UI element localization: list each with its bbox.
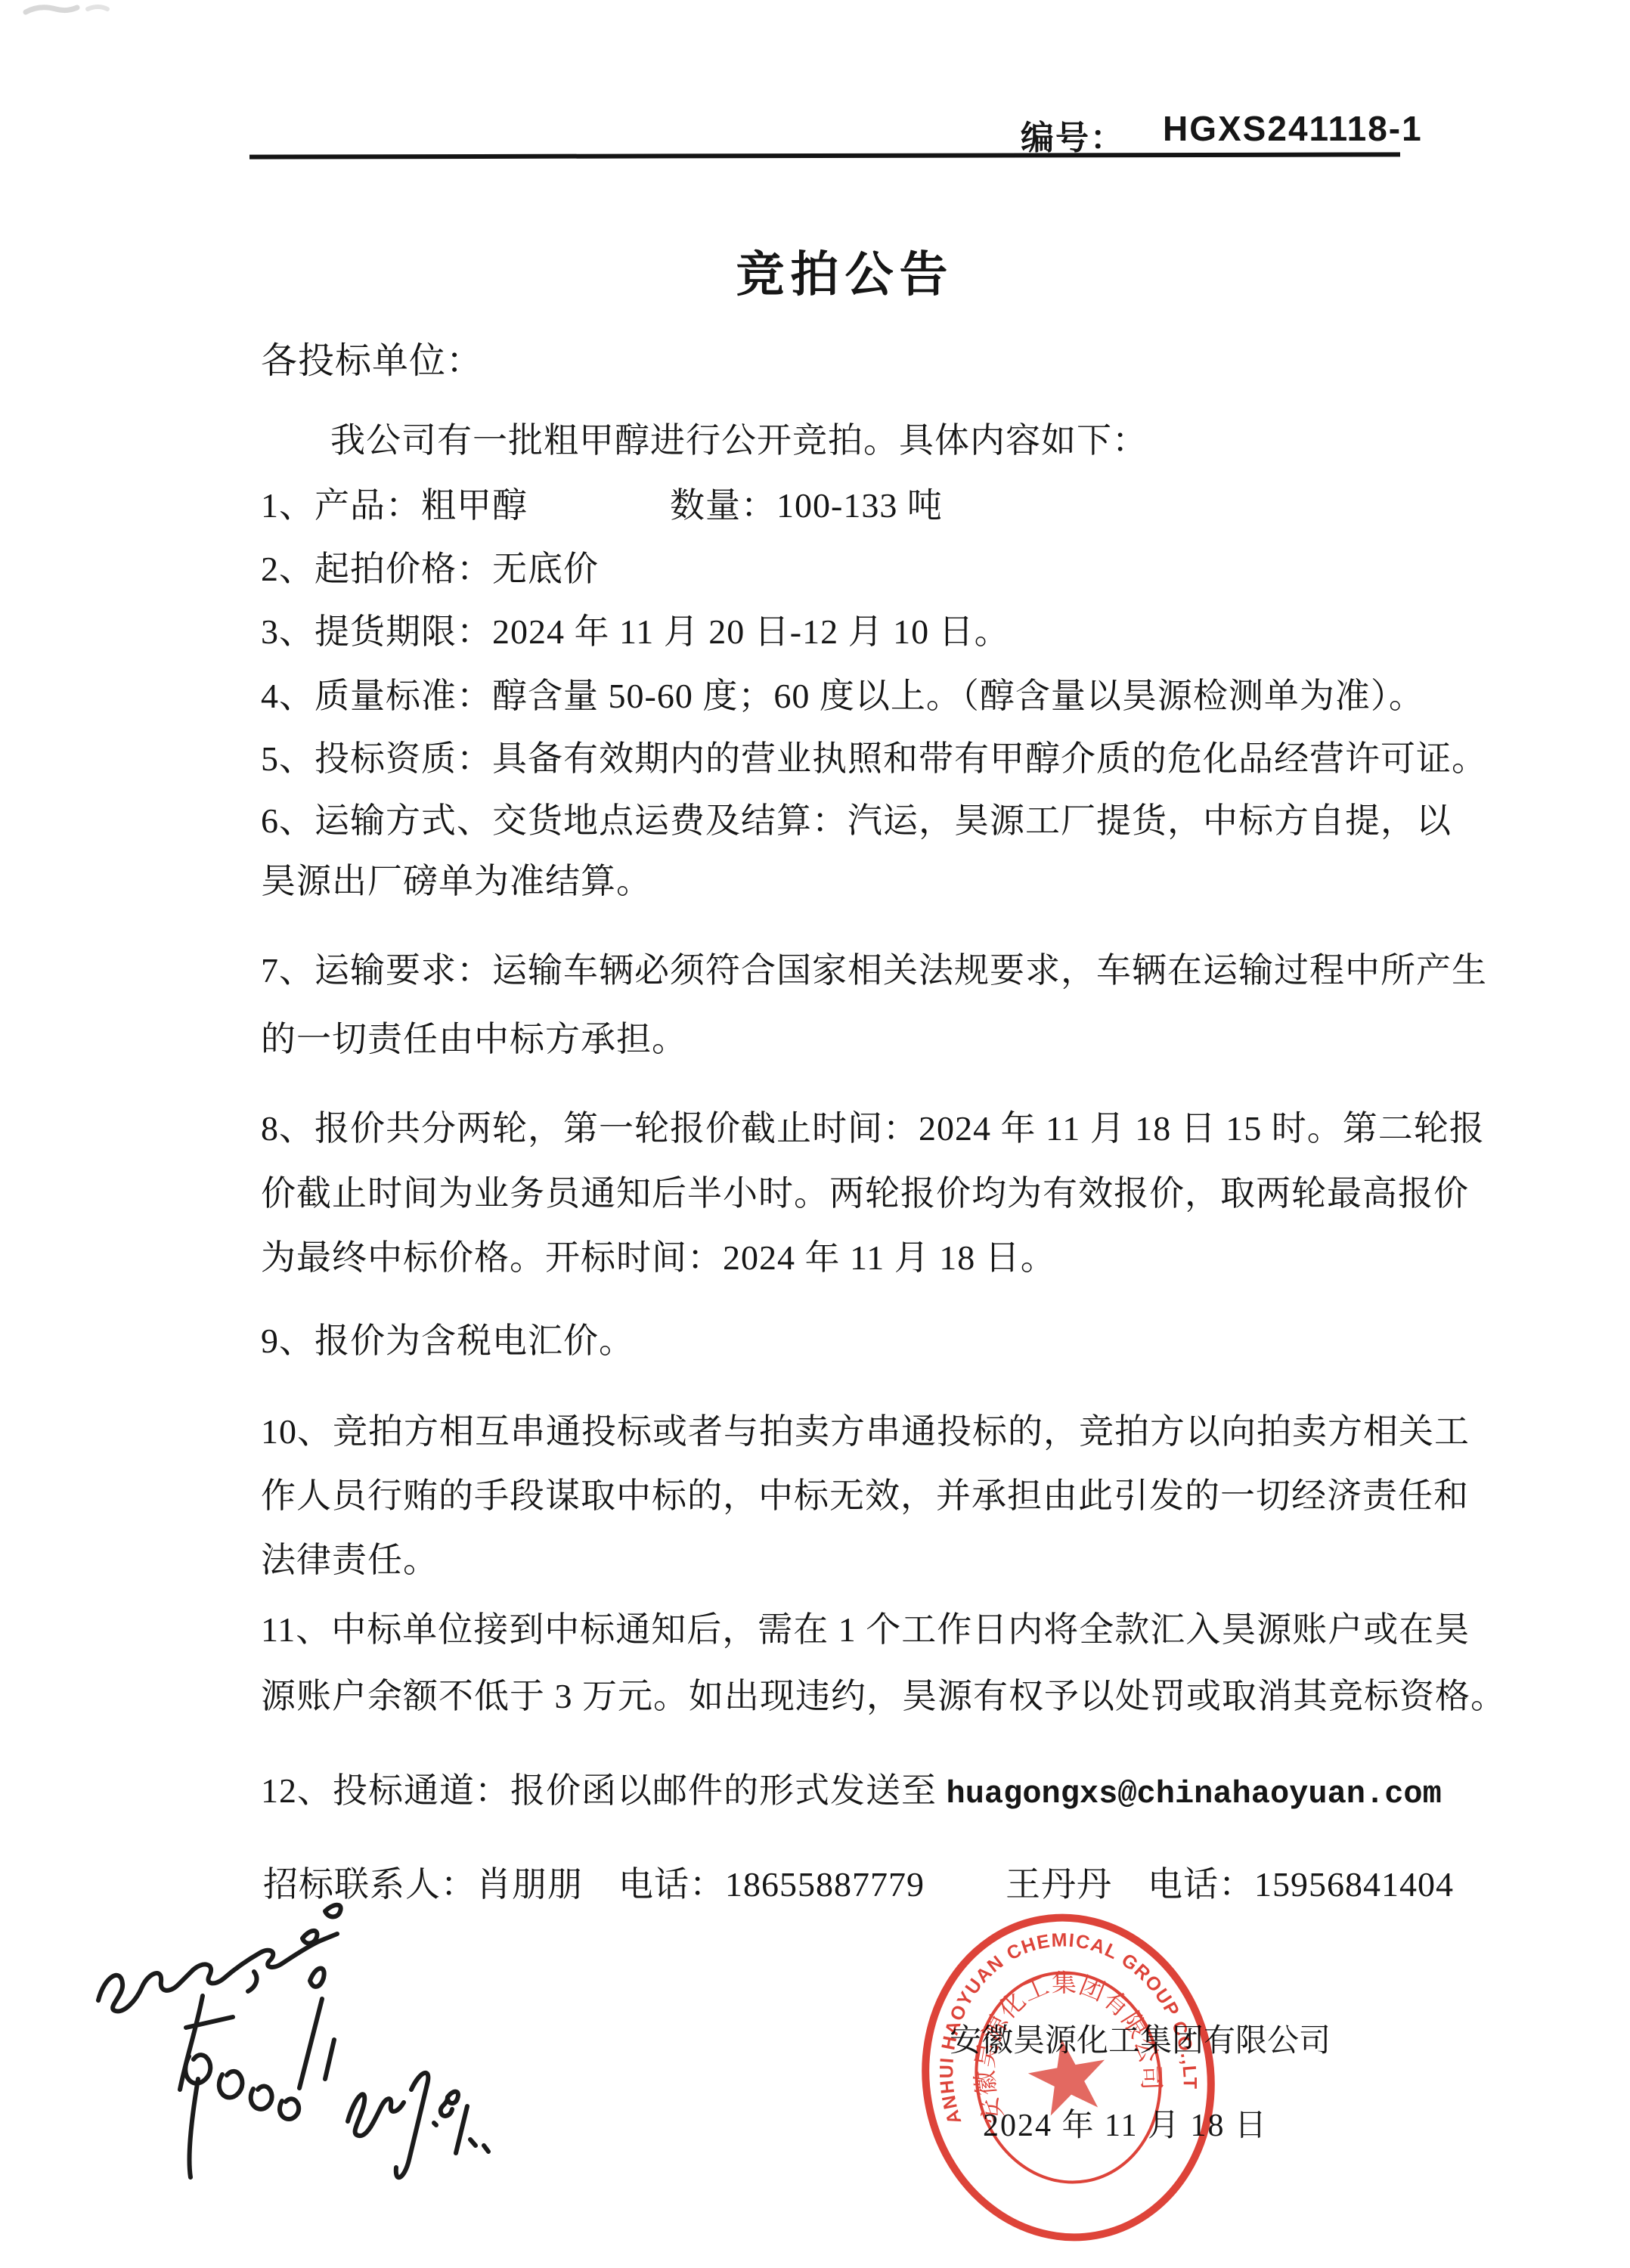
- body-line-7b: 的一切责任由中标方承担。: [261, 1012, 687, 1061]
- body-line-8b: 价截止时间为业务员通知后半小时。两轮报价均为有效报价，取两轮最高报价: [261, 1166, 1469, 1216]
- page-title: 竞拍公告: [261, 236, 1429, 305]
- company-stamp: ANHUI HAOYUAN CHEMICAL GROUP CO.,LTD. 安徽…: [892, 1888, 1247, 2266]
- body-line-10b: 作人员行贿的手段谋取中标的，中标无效，并承担由此引发的一切经济责任和: [261, 1468, 1469, 1518]
- body-line-8a: 8、报价共分两轮，第一轮报价截止时间：2024 年 11 月 18 日 15 时…: [261, 1101, 1485, 1151]
- body-line-5: 5、投标资质：具备有效期内的营业执照和带有甲醇介质的危化品经营许可证。: [261, 731, 1487, 781]
- body-line-11b: 源账户余额不低于 3 万元。如出现违约，昊源有权予以处罚或取消其竞标资格。: [261, 1668, 1506, 1718]
- auction-announcement-document: 编号： HGXS241118-1 竞拍公告 各投标单位： 我公司有一批粗甲醇进行…: [0, 0, 1630, 2268]
- handwritten-signature-left: [180, 1969, 334, 2177]
- header-rule: [249, 152, 1400, 159]
- handwritten-signature-right: [348, 2073, 488, 2177]
- doc-number-label: 编号：: [1021, 110, 1125, 159]
- body-line-1: 1、产品：粗甲醇 数量：100-133 吨: [261, 478, 943, 528]
- body-line-9: 9、报价为含税电汇价。: [261, 1313, 634, 1363]
- body-line-4: 4、质量标准：醇含量 50-60 度；60 度以上。（醇含量以昊源检测单为准）。: [261, 668, 1424, 718]
- scan-smudge: [21, 2, 135, 21]
- body-line-6b: 昊源出厂磅单为准结算。: [261, 854, 652, 903]
- body-line-11a: 11、中标单位接到中标通知后，需在 1 个工作日内将全款汇入昊源账户或在昊: [261, 1602, 1470, 1652]
- body-line-2: 2、起拍价格：无底价: [261, 541, 599, 591]
- doc-number-value: HGXS241118-1: [1163, 108, 1423, 149]
- body-line-6a: 6、运输方式、交货地点运费及结算：汽运，昊源工厂提货，中标方自提，以: [261, 793, 1452, 843]
- body-line-8c: 为最终中标价格。开标时间：2024 年 11 月 18 日。: [261, 1230, 1056, 1280]
- stamp-star: [1023, 2032, 1112, 2118]
- handwritten-annotations: [76, 1866, 499, 2191]
- body-line-10a: 10、竞拍方相互串通投标或者与拍卖方串通投标的，竞拍方以向拍卖方相关工: [261, 1404, 1470, 1454]
- handwritten-note: [98, 1905, 341, 2012]
- body-line-12: 12、投标通道：报价函以邮件的形式发送至 huagongxs@chinahaoy…: [261, 1763, 1442, 1813]
- body-line-7a: 7、运输要求：运输车辆必须符合国家相关法规要求，车辆在运输过程中所产生: [261, 943, 1487, 993]
- intro-line: 我公司有一批粗甲醇进行公开竞拍。具体内容如下：: [330, 413, 1148, 463]
- bid-channel-text: 12、投标通道：报价函以邮件的形式发送至: [261, 1771, 947, 1810]
- body-line-10c: 法律责任。: [261, 1532, 438, 1582]
- body-line-3: 3、提货期限：2024 年 11 月 20 日-12 月 10 日。: [261, 604, 1010, 654]
- bid-email: huagongxs@chinahaoyuan.com: [947, 1776, 1442, 1812]
- salutation: 各投标单位：: [261, 331, 483, 383]
